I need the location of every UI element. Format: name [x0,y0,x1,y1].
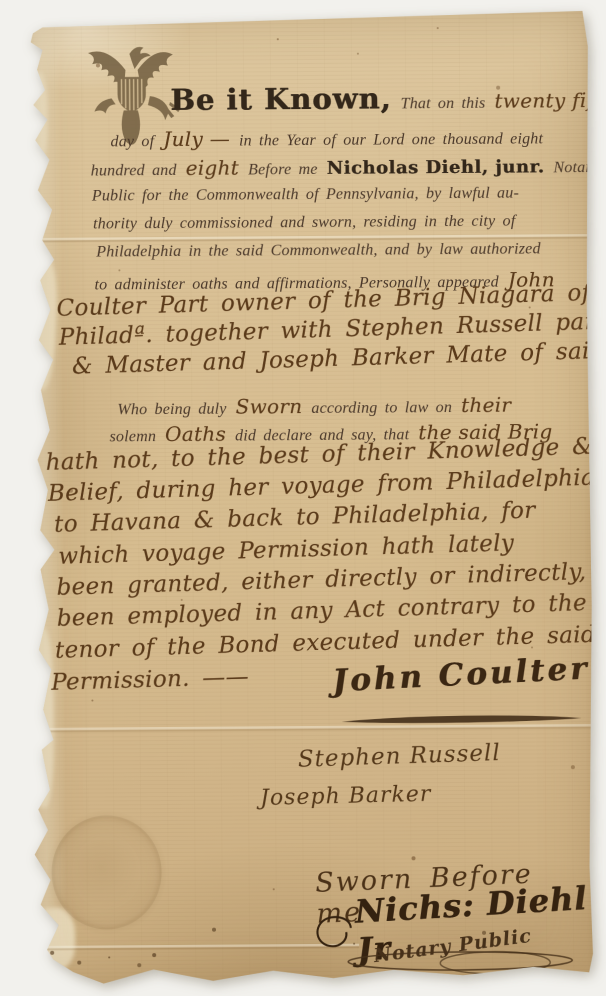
paper-wear-patch [27,259,59,390]
printed-text: Philadelphia in the said Commonwealth, a… [96,240,541,261]
printed-line: Philadelphia in the said Commonwealth, a… [96,240,541,261]
handwritten-oaths: Oaths [165,422,226,446]
opening-line: Be it Known, That on this twenty fifth [170,80,606,117]
embossed-notary-seal [51,815,162,930]
paper-wear-patch [29,72,48,164]
printed-text: thority duly commissioned and sworn, res… [93,213,515,234]
oath-line: Who being duly Sworn according to law on… [117,393,511,420]
date-line: day of July — in the Year of our Lord on… [110,124,543,151]
handwritten-day: twenty fifth [494,88,606,113]
printed-text: solemn [110,428,157,446]
blackletter-heading: Be it Known, [170,81,392,117]
paper-wear-patch [31,628,54,808]
handwritten-sworn: Sworn [236,394,303,418]
printed-text: Public for the Commonwealth of Pennsylva… [92,185,519,206]
printed-line: thority duly commissioned and sworn, res… [93,213,515,234]
paper-wear-patch [33,908,75,970]
printed-text: in the Year of our Lord one thousand eig… [239,130,543,150]
printed-text: hundred and [91,162,177,181]
printed-text: Notary [553,159,599,177]
printed-text: That on this [401,95,486,114]
notary-name-line: hundred and eight Before me Nicholas Die… [91,153,600,181]
handwritten-month: July — [163,127,230,151]
blackletter-notary-name: Nicholas Diehl, junr. [327,156,545,179]
fold-crease [33,944,359,952]
handwritten-text: Permission. —— [51,664,249,696]
printed-text: according to law on [311,399,452,418]
scan-background: Be it Known, That on this twenty fifth d… [0,0,606,996]
fold-crease [32,724,594,734]
handwritten-their: their [461,393,511,417]
handwritten-line: Permission. —— [51,664,249,696]
foxing-spots [27,10,29,12]
printed-text: Who being duly [117,401,226,420]
document-paper: Be it Known, That on this twenty fifth d… [27,6,596,990]
handwritten-year: eight [186,155,240,179]
printed-text: Before me [248,161,318,179]
signature-stephen-russell: Stephen Russell [297,740,501,773]
signature-flourish [340,712,585,726]
signature-john-coulter: John Coulter [331,650,590,699]
signature-joseph-barker: Joseph Barker [260,782,432,811]
printed-line: Public for the Commonwealth of Pennsylva… [92,185,519,206]
notary-flourish [345,944,575,980]
paper-wrapper: Be it Known, That on this twenty fifth d… [27,6,596,990]
printed-text: day of [110,133,154,151]
